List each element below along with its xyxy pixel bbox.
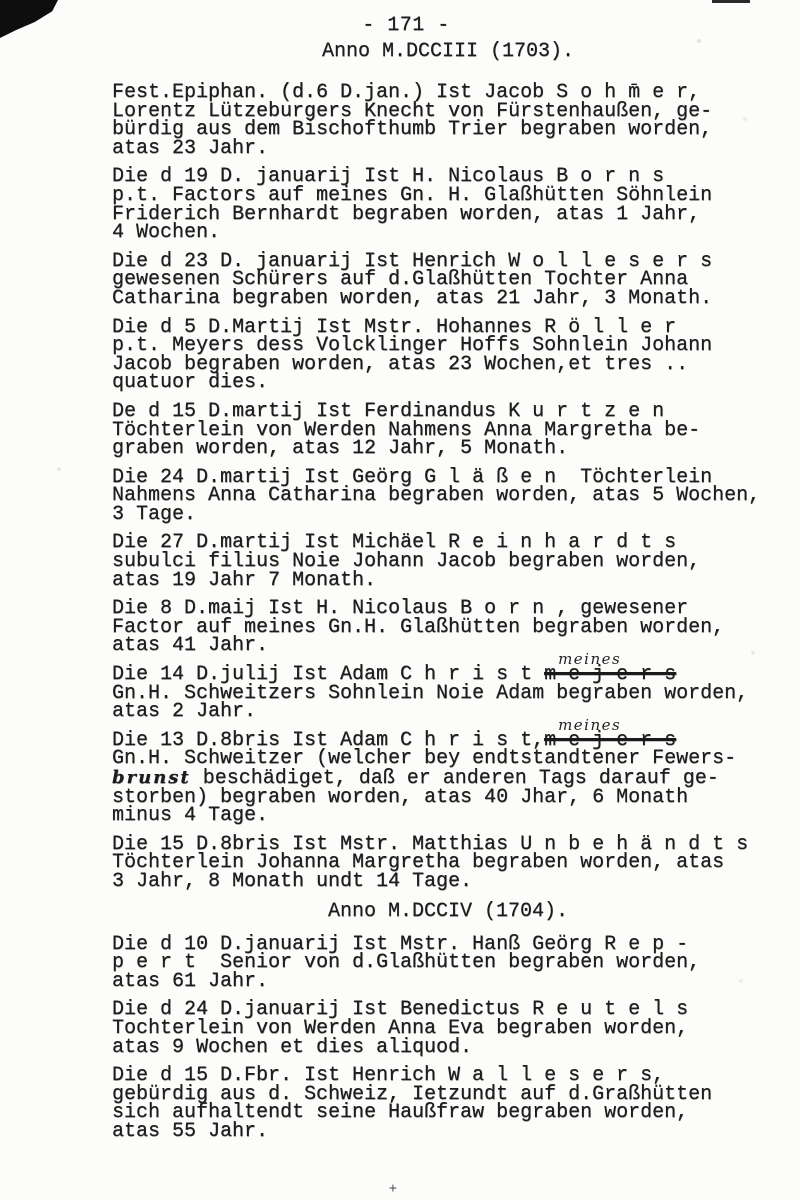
burial-entry-reutels: Die d 24 D.januarij Ist Benedictus R e u… xyxy=(112,1001,784,1057)
burial-entry-born: Die 8 D.maij Ist H. Nicolaus B o r n , g… xyxy=(112,600,784,656)
page-content: - 171 - Anno M.DCCIII (1703). Fest.Epiph… xyxy=(0,0,792,1142)
burial-entry-roller: Die d 5 D.Martij Ist Mstr. Hohannes R ö … xyxy=(112,319,784,393)
corrected-name: meinesm e j e r s xyxy=(544,732,676,751)
burial-entry-wollesers: Die d 23 D. januarij Ist Henrich W o l l… xyxy=(112,253,784,309)
burial-entry-christ-julij: Die 14 D.julij Ist Adam C h r i s t mein… xyxy=(112,666,784,722)
scan-specks xyxy=(0,0,2,2)
entry-text: Gn.H. Schweitzers Sohnlein Noie Adam beg… xyxy=(112,682,748,724)
section-heading-1703: Anno M.DCCIII (1703). xyxy=(112,42,784,62)
document-page: - 171 - Anno M.DCCIII (1703). Fest.Epiph… xyxy=(0,0,800,1200)
section-1704: Anno M.DCCIV (1704). Die d 10 D.januarij… xyxy=(112,902,784,1142)
handwritten-correction: meines xyxy=(558,652,621,666)
entry-text: beschädiget, daß er anderen Tags darauf … xyxy=(112,767,719,827)
burial-entry-glassen: Die 24 D.martij Ist Geörg G l ä ß e n Tö… xyxy=(112,469,784,525)
handwritten-correction: meines xyxy=(558,718,621,732)
burial-entry-wallesers: Die d 15 D.Fbr. Ist Henrich W a l l e s … xyxy=(112,1067,784,1141)
burial-entry-unbehandts: Die 15 D.8bris Ist Mstr. Matthias U n b … xyxy=(112,836,784,892)
burial-entry-reinhardts: Die 27 D.martij Ist Michäel R e i n h a … xyxy=(112,534,784,590)
section-1703: Anno M.DCCIII (1703). Fest.Epiphan. (d.6… xyxy=(112,42,784,892)
burial-entry-christ-8bris: Die 13 D.8bris Ist Adam C h r i s t,mein… xyxy=(112,732,784,826)
section-heading-1704: Anno M.DCCIV (1704). xyxy=(112,902,784,922)
burial-entry-reppert: Die d 10 D.januarij Ist Mstr. Hanß Geörg… xyxy=(112,936,784,992)
scan-edge-artifact xyxy=(712,0,750,3)
scan-plus-artifact: + xyxy=(389,1181,397,1196)
burial-entry-epiphan-sohmer: Fest.Epiphan. (d.6 D.jan.) Ist Jacob S o… xyxy=(112,84,784,158)
burial-entry-kurtzen: De d 15 D.martij Ist Ferdinandus K u r t… xyxy=(112,403,784,459)
page-number: - 171 - xyxy=(70,16,742,36)
corrected-name: meinesm e j e r s xyxy=(544,666,676,685)
burial-entry-borns: Die d 19 D. januarij Ist H. Nicolaus B o… xyxy=(112,168,784,242)
